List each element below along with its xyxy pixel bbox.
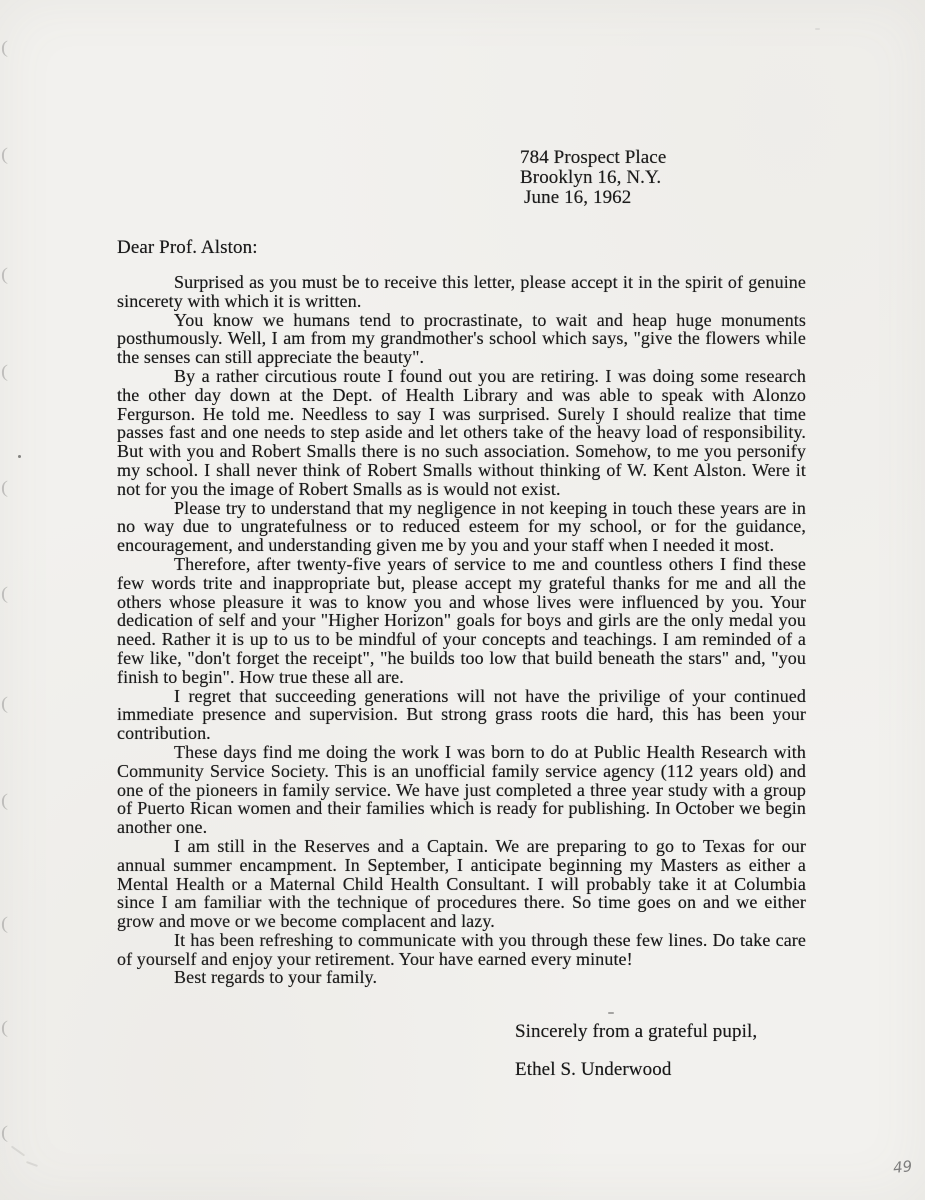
scan-speck — [121, 543, 124, 545]
binding-mark-artifact: ( — [1, 1126, 8, 1138]
letter-paragraph: It has been refreshing to communicate wi… — [117, 931, 806, 969]
binding-mark-artifact: ( — [1, 481, 8, 493]
letter-paragraph: Surprised as you must be to receive this… — [117, 273, 806, 311]
letter-paragraph: I am still in the Reserves and a Captain… — [117, 837, 806, 931]
letter-paragraph: By a rather circutious route I found out… — [117, 367, 806, 499]
sender-address-block: 784 Prospect Place Brooklyn 16, N.Y. Jun… — [520, 148, 666, 208]
binding-mark-artifact: ( — [1, 365, 8, 377]
letter-body: Surprised as you must be to receive this… — [117, 273, 806, 987]
binding-mark-artifact: ( — [1, 268, 8, 280]
letter-paragraph: These days find me doing the work I was … — [117, 743, 806, 837]
pencil-scuff — [815, 28, 820, 30]
scan-speck — [608, 1012, 614, 1014]
letter-paragraph: You know we humans tend to procrastinate… — [117, 311, 806, 367]
letter-paragraph: Please try to understand that my neglige… — [117, 499, 806, 555]
pencil-scuff — [11, 1146, 25, 1157]
scanned-letter-page: ((((((((((( 784 Prospect Place Brooklyn … — [0, 0, 925, 1200]
closing-line: Sincerely from a grateful pupil, — [515, 1021, 757, 1043]
binding-mark-artifact: ( — [1, 41, 8, 53]
binding-mark-artifact: ( — [1, 917, 8, 929]
binding-mark-artifact: ( — [1, 148, 8, 160]
scan-speck — [18, 455, 21, 458]
binding-mark-artifact: ( — [1, 1021, 8, 1033]
binding-mark-artifact: ( — [1, 587, 8, 599]
salutation: Dear Prof. Alston: — [117, 237, 258, 259]
handwritten-page-number: 49 — [892, 1157, 913, 1177]
address-line-city: Brooklyn 16, N.Y. — [520, 168, 666, 188]
address-line-street: 784 Prospect Place — [520, 148, 666, 168]
letter-paragraph: Best regards to your family. — [117, 968, 806, 987]
letter-paragraph: Therefore, after twenty-five years of se… — [117, 555, 806, 687]
pencil-scuff — [26, 1161, 38, 1167]
letter-paragraph: I regret that succeeding generations wil… — [117, 687, 806, 743]
signature-name: Ethel S. Underwood — [515, 1059, 671, 1081]
binding-mark-artifact: ( — [1, 697, 8, 709]
letter-date: June 16, 1962 — [520, 188, 666, 208]
binding-mark-artifact: ( — [1, 794, 8, 806]
